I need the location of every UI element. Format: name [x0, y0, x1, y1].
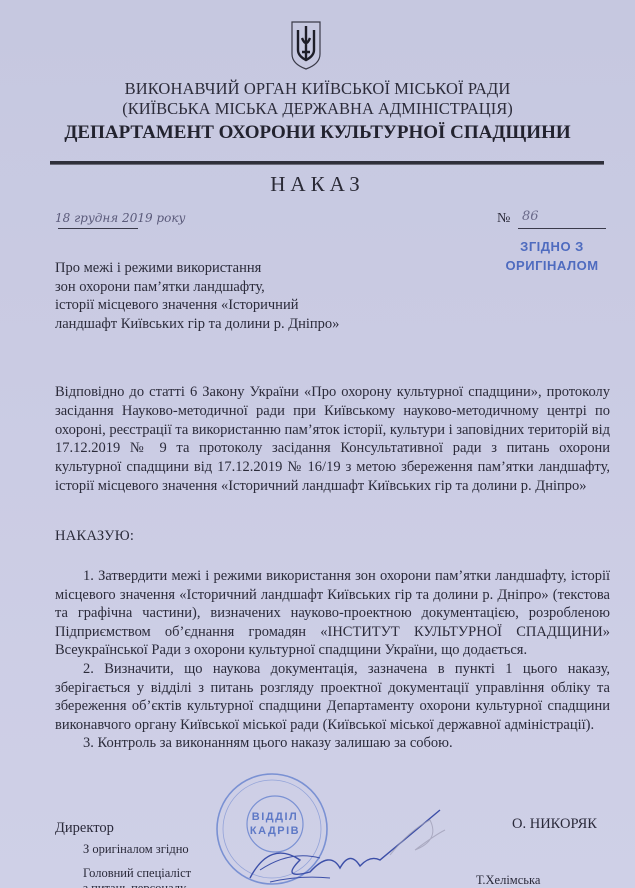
signatory-role: Директор — [55, 820, 114, 837]
certifier-position: Головний спеціаліст з питань персоналу — [83, 866, 191, 888]
certifier-position-line-2: з питань персоналу — [83, 881, 191, 888]
order-item-2: 2. Визначити, що наукова документація, з… — [55, 660, 610, 734]
stamp-line-2: ОРИГІНАЛОМ — [497, 256, 607, 275]
department-name: ДЕПАРТАМЕНТ ОХОРОНИ КУЛЬТУРНОЇ СПАДЩИНИ — [0, 122, 635, 144]
handwritten-number: 86 — [522, 209, 539, 224]
order-heading: НАКАЗУЮ: — [55, 528, 134, 545]
order-item-3: 3. Контроль за виконанням цього наказу з… — [55, 734, 610, 753]
issuer-line-2: (КИЇВСЬКА МІСЬКА ДЕРЖАВНА АДМІНІСТРАЦІЯ) — [0, 99, 635, 119]
date-underline — [58, 228, 138, 229]
issuer-line-1: ВИКОНАВЧИЙ ОРГАН КИЇВСЬКОЇ МІСЬКОЇ РАДИ — [0, 79, 635, 99]
certifier-position-line-1: Головний спеціаліст — [83, 866, 191, 881]
subject-line: зон охорони пам’ятки ландшафту, — [55, 278, 339, 297]
number-underline — [518, 228, 606, 229]
certification-line: З оригіналом згідно — [83, 842, 189, 857]
order-subject: Про межі і режими використання зон охоро… — [55, 259, 339, 333]
handwritten-signature-icon — [240, 800, 470, 888]
subject-line: ландшафт Київських гір та долини р. Дніп… — [55, 315, 339, 334]
subject-line: Про межі і режими використання — [55, 259, 339, 278]
signatory-name: О. НИКОРЯК — [512, 816, 597, 833]
stamp-line-1: ЗГІДНО З — [497, 237, 607, 256]
order-items: 1. Затвердити межі і режими використання… — [55, 567, 610, 753]
subject-line: історії місцевого значення «Історичний — [55, 296, 339, 315]
header-divider — [50, 161, 604, 165]
trident-coat-of-arms-icon — [290, 20, 322, 70]
document-title: НАКАЗ — [0, 172, 635, 197]
preamble-paragraph: Відповідно до статті 6 Закону України «П… — [55, 383, 610, 496]
handwritten-date: 18 грудня 2019 року — [55, 211, 185, 225]
order-item-1: 1. Затвердити межі і режими використання… — [55, 567, 610, 660]
certifier-name: Т.Хелімська — [476, 873, 540, 888]
copy-certified-stamp: ЗГІДНО З ОРИГІНАЛОМ — [497, 237, 607, 275]
number-label: № — [497, 211, 510, 227]
